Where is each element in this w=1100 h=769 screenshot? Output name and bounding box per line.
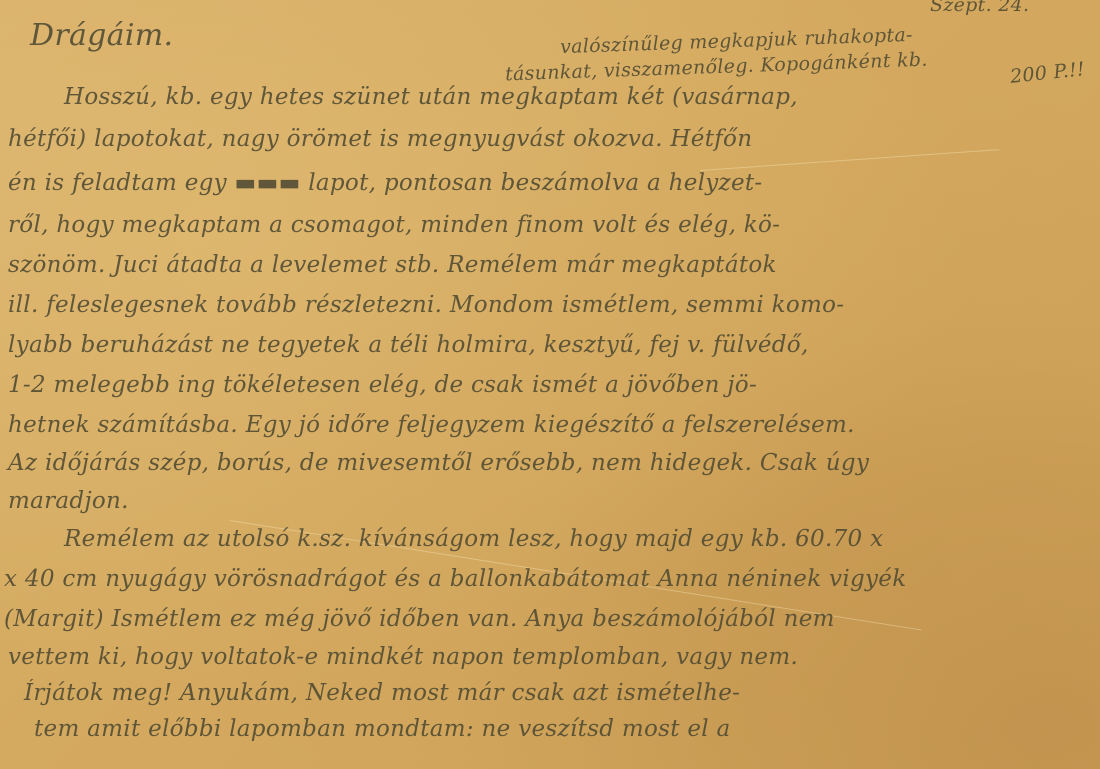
letter-line: vettem ki, hogy voltatok-e mindkét napon… <box>8 644 798 670</box>
letter-line: én is feladtam egy ▬▬▬ lapot, pontosan b… <box>8 170 763 196</box>
letter-line: szönöm. Juci átadta a levelemet stb. Rem… <box>8 252 777 278</box>
letter-line: (Margit) Ismétlem ez még jövő időben van… <box>4 606 835 632</box>
letter-line: x 40 cm nyugágy vörösnadrágot és a ballo… <box>4 566 906 592</box>
letter-line: Az időjárás szép, borús, de mivesemtől e… <box>8 450 869 476</box>
letter-line: Hosszú, kb. egy hetes szünet után megkap… <box>64 84 798 110</box>
greeting: Drágáim. <box>30 18 173 53</box>
letter-line: Remélem az utolsó k.sz. kívánságom lesz,… <box>64 526 883 552</box>
letter-line: lyabb beruházást ne tegyetek a téli holm… <box>8 332 809 358</box>
postcard: Szept. 24. Drágáim. valószínűleg megkapj… <box>0 0 1100 769</box>
letter-line: maradjon. <box>8 488 129 514</box>
letter-line: hetnek számításba. Egy jó időre feljegyz… <box>8 412 855 438</box>
letter-line: Írjátok meg! Anyukám, Neked most már csa… <box>24 680 740 706</box>
margin-note-line: 200 P.!! <box>1009 58 1086 88</box>
letter-line: ről, hogy megkaptam a csomagot, minden f… <box>8 212 780 238</box>
paper-crease <box>700 149 999 171</box>
letter-line: ill. feleslegesnek tovább részletezni. M… <box>8 292 844 318</box>
date: Szept. 24. <box>930 0 1029 16</box>
letter-line: tem amit előbbi lapomban mondtam: ne ves… <box>34 716 731 742</box>
letter-line: hétfői) lapotokat, nagy örömet is megnyu… <box>8 126 752 152</box>
letter-line: 1-2 melegebb ing tökéletesen elég, de cs… <box>8 372 757 398</box>
